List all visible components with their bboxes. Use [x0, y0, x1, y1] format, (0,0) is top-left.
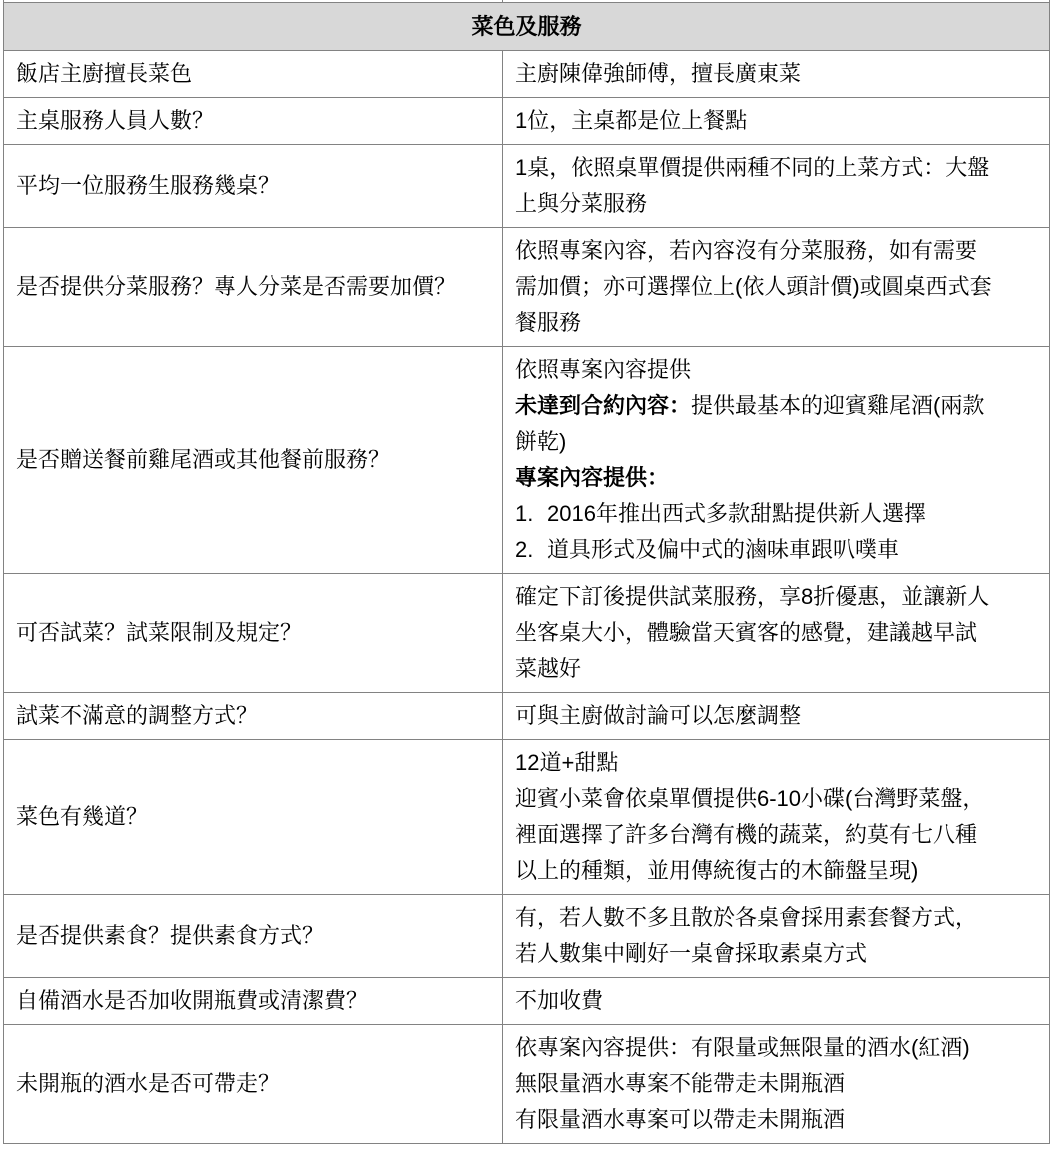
question-text: 可否試菜？試菜限制及規定？: [16, 615, 490, 651]
answer-text-segment: 依照專案內容，若內容沒有分菜服務，如有需要: [515, 238, 977, 263]
answer-text-segment: 迎賓小菜會依桌單價提供6-10小碟(台灣野菜盤，: [515, 786, 984, 811]
answer-line: 有限量酒水專案可以帶走未開瓶酒: [515, 1102, 1037, 1138]
answer-text-segment: 道具形式及偏中式的滷味車跟叭噗車: [547, 537, 899, 562]
document-page: 菜色及服務 飯店主廚擅長菜色主廚陳偉強師傅，擅長廣東菜主桌服務人員人數？1位，主…: [0, 0, 1052, 1176]
answer-line: 未達到合約內容：提供最基本的迎賓雞尾酒(兩款: [515, 388, 1037, 424]
answer-cell: 可與主廚做討論可以怎麼調整: [503, 693, 1050, 740]
answer-text-segment: 不加收費: [515, 988, 603, 1013]
answer-line: 餅乾): [515, 424, 1037, 460]
table-row: 是否提供素食？提供素食方式？有，若人數不多且散於各桌會採用素套餐方式，若人數集中…: [4, 895, 1050, 978]
table-row: 試菜不滿意的調整方式？可與主廚做討論可以怎麼調整: [4, 693, 1050, 740]
answer-line: 1桌，依照桌單價提供兩種不同的上菜方式：大盤: [515, 150, 1037, 186]
question-cell: 是否提供素食？提供素食方式？: [4, 895, 503, 978]
answer-text-segment: 餐服務: [515, 310, 581, 335]
table-row: 自備酒水是否加收開瓶費或清潔費？不加收費: [4, 978, 1050, 1025]
answer-line: 若人數集中剛好一桌會採取素桌方式: [515, 936, 1037, 972]
answer-text-segment: 無限量酒水專案不能帶走未開瓶酒: [515, 1071, 845, 1096]
answer-line: 可與主廚做討論可以怎麼調整: [515, 698, 1037, 734]
answer-text-segment: 12道+甜點: [515, 750, 618, 775]
question-text: 是否提供分菜服務？專人分菜是否需要加價？: [16, 269, 490, 305]
question-cell: 試菜不滿意的調整方式？: [4, 693, 503, 740]
question-cell: 是否提供分菜服務？專人分菜是否需要加價？: [4, 228, 503, 347]
answer-line: 菜越好: [515, 651, 1037, 687]
question-cell: 可否試菜？試菜限制及規定？: [4, 574, 503, 693]
question-text: 是否贈送餐前雞尾酒或其他餐前服務？: [16, 442, 490, 478]
answer-text-segment: 餅乾): [515, 429, 566, 454]
question-text: 平均一位服務生服務幾桌？: [16, 168, 490, 204]
table-row: 是否贈送餐前雞尾酒或其他餐前服務？依照專案內容提供未達到合約內容：提供最基本的迎…: [4, 347, 1050, 574]
answer-cell: 有，若人數不多且散於各桌會採用素套餐方式，若人數集中剛好一桌會採取素桌方式: [503, 895, 1050, 978]
table-title: 菜色及服務: [4, 3, 1050, 51]
table-row: 菜色有幾道？12道+甜點迎賓小菜會依桌單價提供6-10小碟(台灣野菜盤，裡面選擇…: [4, 740, 1050, 895]
question-text: 未開瓶的酒水是否可帶走？: [16, 1066, 490, 1102]
answer-text-segment: 專案內容提供：: [515, 465, 669, 490]
answer-line: 確定下訂後提供試菜服務，享8折優惠，並讓新人: [515, 579, 1037, 615]
answer-line: 依專案內容提供：有限量或無限量的酒水(紅酒): [515, 1030, 1037, 1066]
question-cell: 平均一位服務生服務幾桌？: [4, 145, 503, 228]
answer-cell: 1桌，依照桌單價提供兩種不同的上菜方式：大盤上與分菜服務: [503, 145, 1050, 228]
table-row: 飯店主廚擅長菜色主廚陳偉強師傅，擅長廣東菜: [4, 51, 1050, 98]
answer-cell: 1位，主桌都是位上餐點: [503, 98, 1050, 145]
answer-text-segment: 1位，主桌都是位上餐點: [515, 108, 747, 133]
table-row: 主桌服務人員人數？1位，主桌都是位上餐點: [4, 98, 1050, 145]
answer-text-segment: 需加價；亦可選擇位上(依人頭計價)或圓桌西式套: [515, 274, 992, 299]
answer-text-segment: 菜越好: [515, 656, 581, 681]
answer-line: 上與分菜服務: [515, 186, 1037, 222]
question-cell: 是否贈送餐前雞尾酒或其他餐前服務？: [4, 347, 503, 574]
answer-line: 需加價；亦可選擇位上(依人頭計價)或圓桌西式套: [515, 269, 1037, 305]
answer-text-segment: 坐客桌大小，體驗當天賓客的感覺，建議越早試: [515, 620, 977, 645]
answer-text-segment: 2016年推出西式多款甜點提供新人選擇: [547, 501, 926, 526]
question-text: 飯店主廚擅長菜色: [16, 56, 490, 92]
answer-text-segment: 主廚陳偉強師傅，擅長廣東菜: [515, 61, 801, 86]
answer-line: 專案內容提供：: [515, 460, 1037, 496]
answer-text-segment: 裡面選擇了許多台灣有機的蔬菜，約莫有七八種: [515, 822, 977, 847]
answer-text-segment: 可與主廚做討論可以怎麼調整: [515, 703, 801, 728]
list-number: 2.: [515, 532, 547, 568]
answer-line: 餐服務: [515, 305, 1037, 341]
answer-line: 迎賓小菜會依桌單價提供6-10小碟(台灣野菜盤，: [515, 781, 1037, 817]
table-row: 可否試菜？試菜限制及規定？確定下訂後提供試菜服務，享8折優惠，並讓新人坐客桌大小…: [4, 574, 1050, 693]
answer-line: 裡面選擇了許多台灣有機的蔬菜，約莫有七八種: [515, 817, 1037, 853]
answer-line: 無限量酒水專案不能帶走未開瓶酒: [515, 1066, 1037, 1102]
question-cell: 自備酒水是否加收開瓶費或清潔費？: [4, 978, 503, 1025]
question-cell: 飯店主廚擅長菜色: [4, 51, 503, 98]
table-row: 平均一位服務生服務幾桌？1桌，依照桌單價提供兩種不同的上菜方式：大盤上與分菜服務: [4, 145, 1050, 228]
answer-text-segment: 有限量酒水專案可以帶走未開瓶酒: [515, 1107, 845, 1132]
list-number: 1.: [515, 496, 547, 532]
table-body: 菜色及服務 飯店主廚擅長菜色主廚陳偉強師傅，擅長廣東菜主桌服務人員人數？1位，主…: [4, 0, 1050, 1144]
answer-cell: 12道+甜點迎賓小菜會依桌單價提供6-10小碟(台灣野菜盤，裡面選擇了許多台灣有…: [503, 740, 1050, 895]
answer-line: 依照專案內容提供: [515, 352, 1037, 388]
answer-line: 1位，主桌都是位上餐點: [515, 103, 1037, 139]
question-text: 主桌服務人員人數？: [16, 103, 490, 139]
answer-line: 12道+甜點: [515, 745, 1037, 781]
answer-text-segment: 依照專案內容提供: [515, 357, 691, 382]
answer-line: 以上的種類，並用傳統復古的木篩盤呈現): [515, 853, 1037, 889]
answer-cell: 依照專案內容，若內容沒有分菜服務，如有需要需加價；亦可選擇位上(依人頭計價)或圓…: [503, 228, 1050, 347]
answer-text-segment: 上與分菜服務: [515, 191, 647, 216]
answer-text-segment: 確定下訂後提供試菜服務，享8折優惠，並讓新人: [515, 584, 989, 609]
question-cell: 未開瓶的酒水是否可帶走？: [4, 1025, 503, 1144]
question-text: 自備酒水是否加收開瓶費或清潔費？: [16, 983, 490, 1019]
answer-text-segment: 未達到合約內容：: [515, 393, 691, 418]
answer-text-segment: 1桌，依照桌單價提供兩種不同的上菜方式：大盤: [515, 155, 989, 180]
table-row: 未開瓶的酒水是否可帶走？依專案內容提供：有限量或無限量的酒水(紅酒)無限量酒水專…: [4, 1025, 1050, 1144]
answer-line: 坐客桌大小，體驗當天賓客的感覺，建議越早試: [515, 615, 1037, 651]
question-text: 試菜不滿意的調整方式？: [16, 698, 490, 734]
answer-text-segment: 提供最基本的迎賓雞尾酒(兩款: [691, 393, 984, 418]
question-text: 菜色有幾道？: [16, 799, 490, 835]
answer-cell: 依專案內容提供：有限量或無限量的酒水(紅酒)無限量酒水專案不能帶走未開瓶酒有限量…: [503, 1025, 1050, 1144]
answer-line: 依照專案內容，若內容沒有分菜服務，如有需要: [515, 233, 1037, 269]
answer-text-segment: 以上的種類，並用傳統復古的木篩盤呈現): [515, 858, 918, 883]
answer-line: 2.道具形式及偏中式的滷味車跟叭噗車: [515, 532, 1037, 568]
table-row: 是否提供分菜服務？專人分菜是否需要加價？依照專案內容，若內容沒有分菜服務，如有需…: [4, 228, 1050, 347]
question-cell: 主桌服務人員人數？: [4, 98, 503, 145]
answer-cell: 不加收費: [503, 978, 1050, 1025]
answer-line: 主廚陳偉強師傅，擅長廣東菜: [515, 56, 1037, 92]
question-cell: 菜色有幾道？: [4, 740, 503, 895]
answer-text-segment: 若人數集中剛好一桌會採取素桌方式: [515, 941, 867, 966]
question-text: 是否提供素食？提供素食方式？: [16, 918, 490, 954]
answer-cell: 主廚陳偉強師傅，擅長廣東菜: [503, 51, 1050, 98]
answer-text-segment: 依專案內容提供：有限量或無限量的酒水(紅酒): [515, 1035, 970, 1060]
answer-line: 1.2016年推出西式多款甜點提供新人選擇: [515, 496, 1037, 532]
answer-text-segment: 有，若人數不多且散於各桌會採用素套餐方式，: [515, 905, 977, 930]
menu-service-table: 菜色及服務 飯店主廚擅長菜色主廚陳偉強師傅，擅長廣東菜主桌服務人員人數？1位，主…: [3, 0, 1050, 1144]
answer-line: 有，若人數不多且散於各桌會採用素套餐方式，: [515, 900, 1037, 936]
table-header-row: 菜色及服務: [4, 3, 1050, 51]
answer-cell: 依照專案內容提供未達到合約內容：提供最基本的迎賓雞尾酒(兩款餅乾)專案內容提供：…: [503, 347, 1050, 574]
answer-cell: 確定下訂後提供試菜服務，享8折優惠，並讓新人坐客桌大小，體驗當天賓客的感覺，建議…: [503, 574, 1050, 693]
answer-line: 不加收費: [515, 983, 1037, 1019]
